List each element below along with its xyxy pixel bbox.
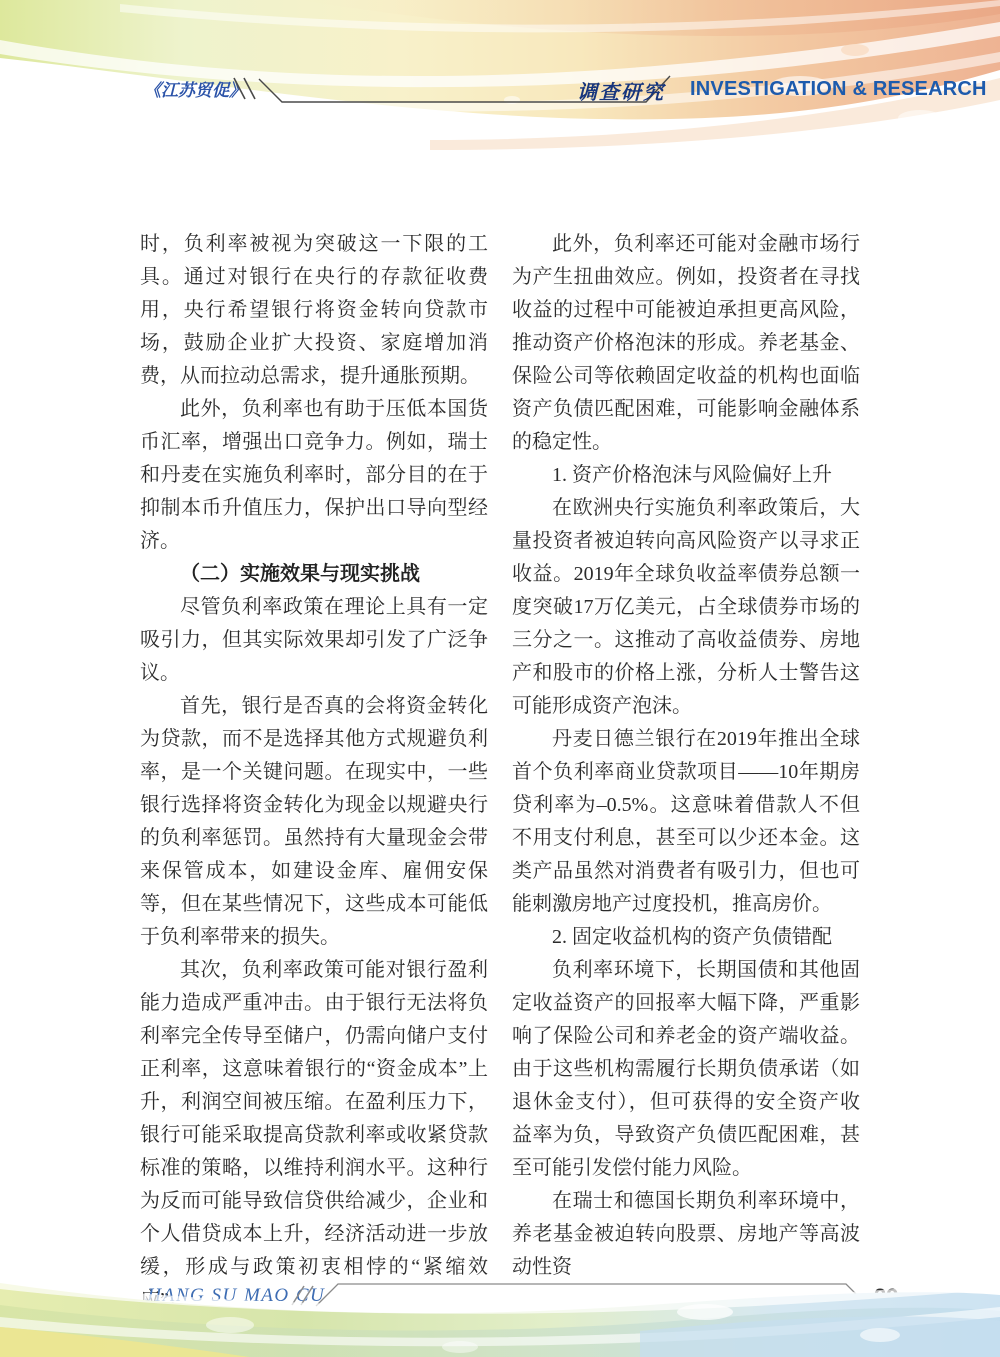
section-title-chinese: 调查研究 bbox=[577, 76, 665, 105]
paragraph: 时，负利率被视为突破这一下限的工具。通过对银行在央行的存款征收费用，央行希望银行… bbox=[140, 228, 488, 393]
left-column: 时，负利率被视为突破这一下限的工具。通过对银行在央行的存款征收费用，央行希望银行… bbox=[140, 228, 488, 1317]
paragraph: 其次，负利率政策可能对银行盈利能力造成严重冲击。由于银行无法将负利率完全传导至储… bbox=[140, 954, 488, 1317]
numbered-subheading: 2. 固定收益机构的资产负债错配 bbox=[512, 921, 860, 954]
page-number: 29 bbox=[874, 1284, 898, 1310]
paragraph: 丹麦日德兰银行在2019年推出全球首个负利率商业贷款项目——10年期房贷利率为–… bbox=[512, 723, 860, 921]
numbered-subheading: 1. 资产价格泡沫与风险偏好上升 bbox=[512, 459, 860, 492]
right-column: 此外，负利率还可能对金融市场行为产生扭曲效应。例如，投资者在寻找收益的过程中可能… bbox=[512, 228, 860, 1317]
section-heading: （二）实施效果与现实挑战 bbox=[140, 558, 488, 591]
footer-rule-line bbox=[0, 1270, 1000, 1330]
paragraph: 首先，银行是否真的会将资金转化为贷款，而不是选择其他方式规避负利率，是一个关键问… bbox=[140, 690, 488, 954]
article-body: 时，负利率被视为突破这一下限的工具。通过对银行在央行的存款征收费用，央行希望银行… bbox=[140, 228, 860, 1317]
paragraph: 负利率环境下，长期国债和其他固定收益资产的回报率大幅下降，严重影响了保险公司和养… bbox=[512, 954, 860, 1185]
page-footer: JIANG SU MAO CU 29 bbox=[0, 1270, 1000, 1330]
paragraph: 在欧洲央行实施负利率政策后，大量投资者被迫转向高风险资产以寻求正收益。2019年… bbox=[512, 492, 860, 723]
header-rule-line bbox=[0, 0, 1000, 120]
magazine-page: 《江苏贸促》 调查研究 INVESTIGATION & RESEARCH 时，负… bbox=[0, 0, 1000, 1357]
paragraph: 此外，负利率还可能对金融市场行为产生扭曲效应。例如，投资者在寻找收益的过程中可能… bbox=[512, 228, 860, 459]
page-header: 《江苏贸促》 调查研究 INVESTIGATION & RESEARCH bbox=[0, 0, 1000, 120]
section-title-english: INVESTIGATION & RESEARCH bbox=[690, 78, 987, 101]
paragraph: 尽管负利率政策在理论上具有一定吸引力，但其实际效果却引发了广泛争议。 bbox=[140, 591, 488, 690]
paragraph: 此外，负利率也有助于压低本国货币汇率，增强出口竞争力。例如，瑞士和丹麦在实施负利… bbox=[140, 393, 488, 558]
